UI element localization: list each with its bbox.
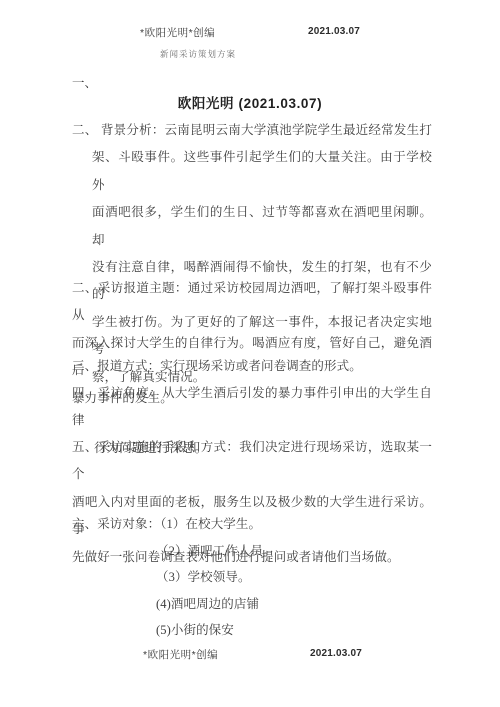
header-author: *欧阳光明*创编 <box>140 26 215 40</box>
text-line: 二、采访报道主题：通过采访校园周边酒吧，了解打架斗殴事件从 <box>72 275 432 330</box>
interview-targets-intro: 六、采访对象：（1）在校大学生。 <box>72 511 261 538</box>
document-title: 欧阳光明 (2021.03.07) <box>0 94 500 114</box>
text-line: （3）学校领导。 <box>156 564 276 590</box>
header-date: 2021.03.07 <box>308 25 360 39</box>
document-page: *欧阳光明*创编 2021.03.07 新闻采访策划方案 一、 欧阳光明 (20… <box>0 0 500 707</box>
text-line: 四、采访角度：从大学生酒后引发的暴力事件引申出的大学生自律 <box>72 380 432 435</box>
paragraph-report-method: 三、报道方式：实行现场采访或者问卷调查的形式。 <box>72 353 362 380</box>
footer-author: *欧阳光明*创编 <box>143 648 218 662</box>
interview-targets-list: （2）酒吧工作人员。（3）学校领导。(4)酒吧周边的店铺(5)小街的保安 <box>156 538 276 644</box>
text-line: 架、斗殴事件。这些事件引起学生们的大量关注。由于学校外 <box>92 144 432 199</box>
text-line: 面酒吧很多，学生们的生日、过节等都喜欢在酒吧里闲聊。却 <box>92 199 432 254</box>
text-line: 二、 背景分析：云南昆明云南大学滇池学院学生最近经常发生打 <box>72 117 432 144</box>
text-line: （2）酒吧工作人员。 <box>156 538 276 564</box>
text-line: 五、采访实施的手段和方式：我们决定进行现场采访，选取某一个 <box>72 434 432 489</box>
text-line: (5)小街的保安 <box>156 617 276 643</box>
text-line: (4)酒吧周边的店铺 <box>156 591 276 617</box>
header-doc-label: 新闻采访策划方案 <box>160 48 236 60</box>
footer-date: 2021.03.07 <box>310 647 362 661</box>
